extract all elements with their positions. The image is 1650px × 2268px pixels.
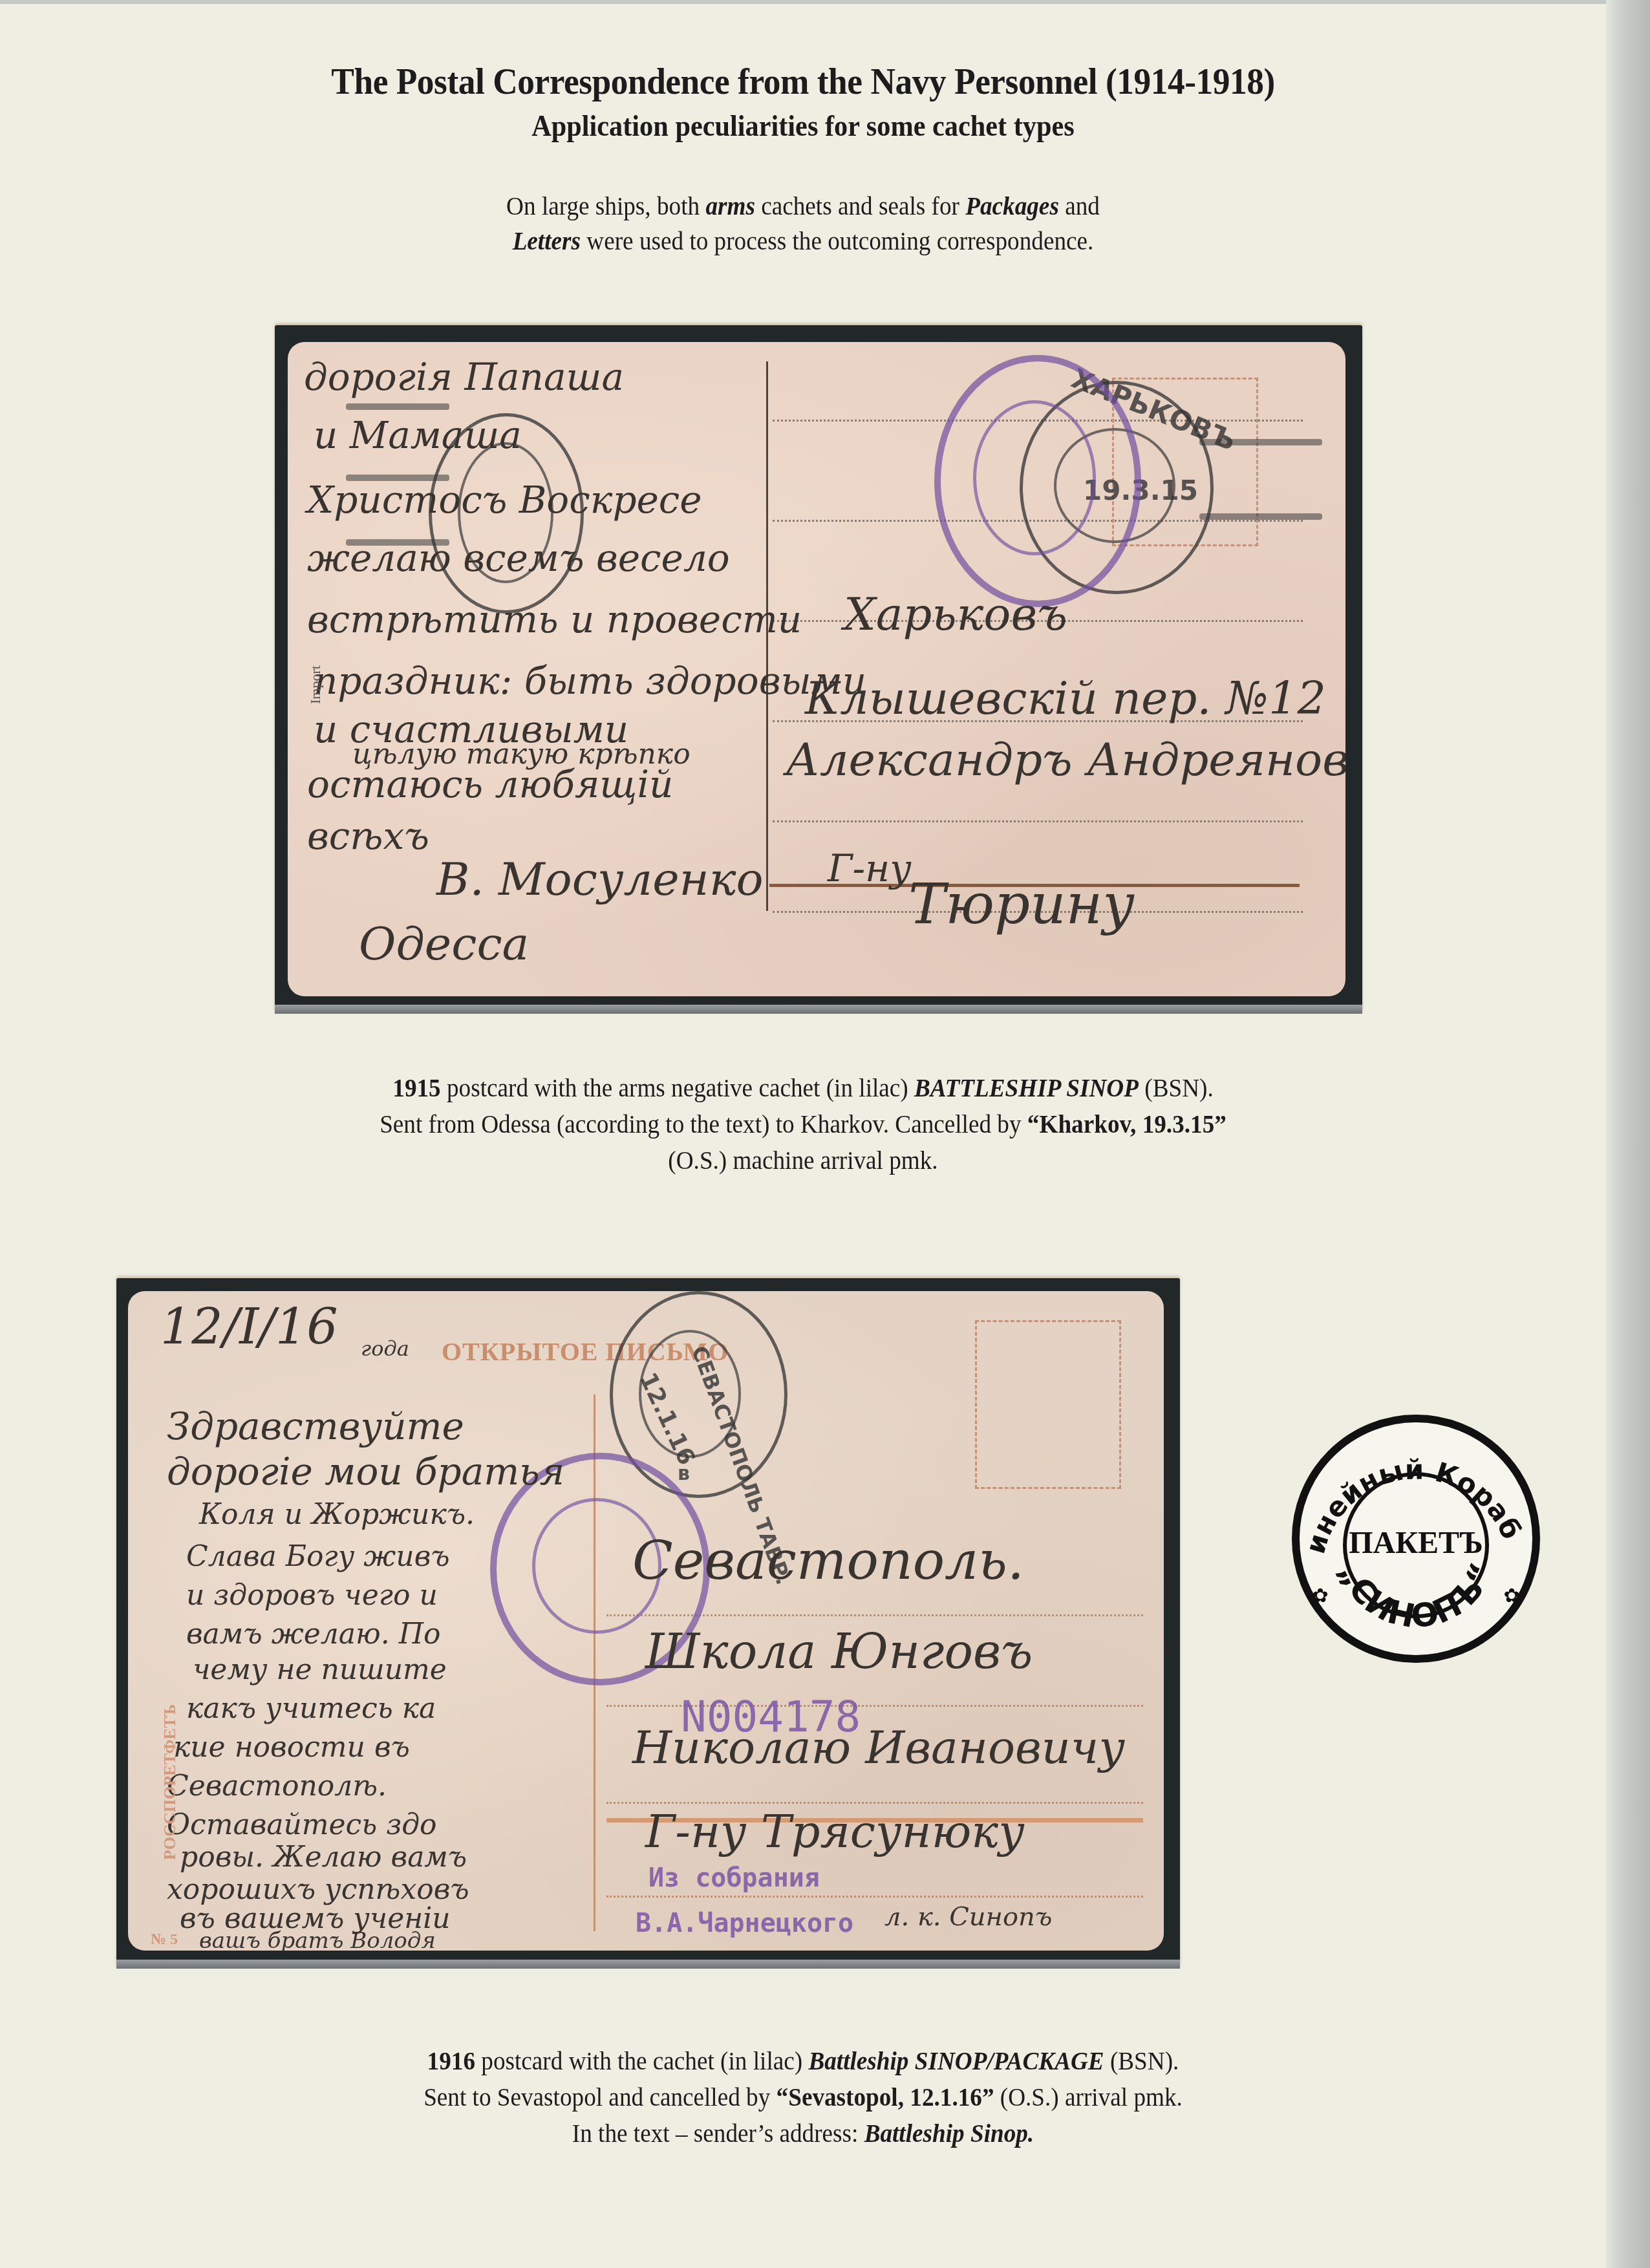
machine-cancel-line <box>1199 513 1322 520</box>
collection-stamp-line-1: Из собрания <box>648 1863 820 1893</box>
postcard-2-caption: 1916 postcard with the cachet (in lilac)… <box>56 2043 1550 2152</box>
caption-text: postcard with the arms negative cachet (… <box>441 1073 914 1102</box>
sender-city: Одесса <box>359 917 529 970</box>
message-line: дорогіе мои братья <box>167 1450 564 1493</box>
intro-text: On large ships, both arms cachets and se… <box>56 189 1550 259</box>
message-line: и здоровъ чего и <box>186 1579 438 1612</box>
intro-text-segment: cachets and seals for <box>755 191 965 220</box>
address-line: Александръ Андреяновъ <box>786 733 1345 786</box>
stamp-box <box>975 1320 1121 1489</box>
intro-emphasis-letters: Letters <box>513 226 581 255</box>
postcard-1-caption: 1915 postcard with the arms negative cac… <box>56 1070 1550 1179</box>
message-line: Оставайтесь здо <box>167 1808 437 1841</box>
postcard-1: ХАРЬКОВЪ 19.3.15 дорогія Папаша и Мамаша… <box>288 342 1345 996</box>
message-line: вашъ братъ Володя <box>199 1928 436 1951</box>
message-line: остаюсь любящій <box>307 762 673 806</box>
seal-ornament-left-icon: ✿ <box>1312 1585 1328 1607</box>
message-line: и Мамаша <box>314 413 522 457</box>
message-line: Здравствуйте <box>167 1404 464 1448</box>
address-line: Севастополь. <box>632 1530 1024 1592</box>
address-line: Клышевскій пер. №12 <box>805 672 1326 725</box>
intro-emphasis-packages: Packages <box>965 191 1059 220</box>
caption-year: 1915 <box>392 1073 440 1102</box>
message-line: праздник: быть здоровыми <box>314 659 866 703</box>
machine-cancel-line <box>346 403 449 410</box>
ship-note: л. к. Синопъ <box>884 1902 1052 1932</box>
message-line: ровы. Желаю вамъ <box>180 1841 467 1874</box>
intro-text-segment: On large ships, both <box>506 191 705 220</box>
message-line: Христосъ Воскресе <box>307 478 702 522</box>
collection-stamp-line-2: В.А.Чарнецкого <box>636 1909 853 1938</box>
message-line: Севастополѣ. <box>167 1770 387 1803</box>
sender-signature: В. Мосуленко <box>436 853 764 906</box>
address-line: Харьковъ <box>844 588 1067 641</box>
caption-postmark: “Kharkov, 19.3.15” <box>1027 1109 1227 1139</box>
caption-text: (BSN). <box>1104 2046 1179 2075</box>
caption-text: (O.S.) machine arrival pmk. <box>668 1146 937 1175</box>
caption-text: (BSN). <box>1139 1073 1214 1102</box>
message-line: дорогія Папаша <box>304 355 624 399</box>
inventory-number: N004178 <box>681 1692 861 1742</box>
caption-sender-address: Battleship Sinop. <box>864 2119 1034 2148</box>
postmark-letter: в <box>678 1462 690 1485</box>
message-line: всѣхъ <box>307 814 429 858</box>
caption-year: 1916 <box>427 2046 475 2075</box>
seal-center-text: ПАКЕТЪ <box>1349 1526 1483 1560</box>
caption-text: In the text – sender’s address: <box>572 2119 864 2148</box>
caption-text: Sent to Sevastopol and cancelled by <box>423 2082 776 2112</box>
caption-text: Sent from Odessa (according to the text)… <box>380 1109 1027 1139</box>
message-line: вамъ желаю. По <box>186 1618 441 1651</box>
battleship-sinop-arms-cachet <box>934 355 1141 607</box>
seal-ornament-right-icon: ✿ <box>1503 1585 1519 1607</box>
page-right-edge <box>1606 0 1650 2268</box>
message-line: Слава Богу живъ <box>186 1540 450 1573</box>
postcard-2: ОТКРЫТОЕ ПИСЬМО СЕВАСТОПОЛЬ ТАВР. 12.1.1… <box>128 1291 1164 1951</box>
message-line: чему не пишите <box>193 1653 447 1686</box>
sinop-package-seal-illustration: Линейный Корабль ПАКЕТЪ „СИНОПЪ“ ✿ ✿ <box>1287 1409 1545 1668</box>
intro-text-segment: were used to process the outcoming corre… <box>581 226 1093 255</box>
page-title: The Postal Correspondence from the Navy … <box>64 59 1541 103</box>
caption-cachet-name: Battleship SINOP/PACKAGE <box>808 2046 1104 2075</box>
address-line <box>606 1802 1143 1804</box>
addressee-surname: Г-ну Трясунюку <box>645 1805 1025 1858</box>
caption-cachet-name: BATTLESHIP SINOP <box>914 1073 1139 1102</box>
postcard-1-mount: ХАРЬКОВЪ 19.3.15 дорогія Папаша и Мамаша… <box>275 325 1362 1014</box>
address-line <box>606 1896 1143 1898</box>
import-label: Import <box>307 665 324 704</box>
address-line: Школа Юнговъ <box>645 1624 1033 1680</box>
caption-text: postcard with the cachet (in lilac) <box>475 2046 808 2075</box>
written-date: 12/I/16 <box>160 1298 338 1355</box>
message-line: встрѣтить и провести <box>307 597 802 641</box>
address-line <box>773 820 1303 822</box>
publisher-vertical-print: РОССПОРЕТФЕТЪ <box>160 1704 180 1860</box>
caption-postmark: “Sevastopol, 12.1.16” <box>777 2082 994 2112</box>
message-line: хорошихъ успѣховъ <box>167 1873 469 1906</box>
intro-text-segment: and <box>1059 191 1100 220</box>
page-subtitle: Application peculiarities for some cache… <box>64 109 1541 143</box>
intro-emphasis-arms: arms <box>705 191 755 220</box>
message-line: Коля и Жоржикъ. <box>199 1498 475 1531</box>
postcard-2-mount: ОТКРЫТОЕ ПИСЬМО СЕВАСТОПОЛЬ ТАВР. 12.1.1… <box>116 1278 1180 1969</box>
message-line: какъ учитесь ка <box>186 1692 436 1725</box>
message-line: желаю всемъ весело <box>307 536 730 580</box>
address-line: Г-ну <box>828 846 912 890</box>
caption-text: (O.S.) arrival pmk. <box>994 2082 1183 2112</box>
addressee-name: Тюрину <box>908 872 1135 937</box>
page-top-edge <box>0 0 1650 4</box>
card-number-print: № 5 <box>151 1931 178 1949</box>
written-date-suffix: года <box>361 1336 409 1361</box>
message-line: кие новости въ <box>173 1731 410 1764</box>
